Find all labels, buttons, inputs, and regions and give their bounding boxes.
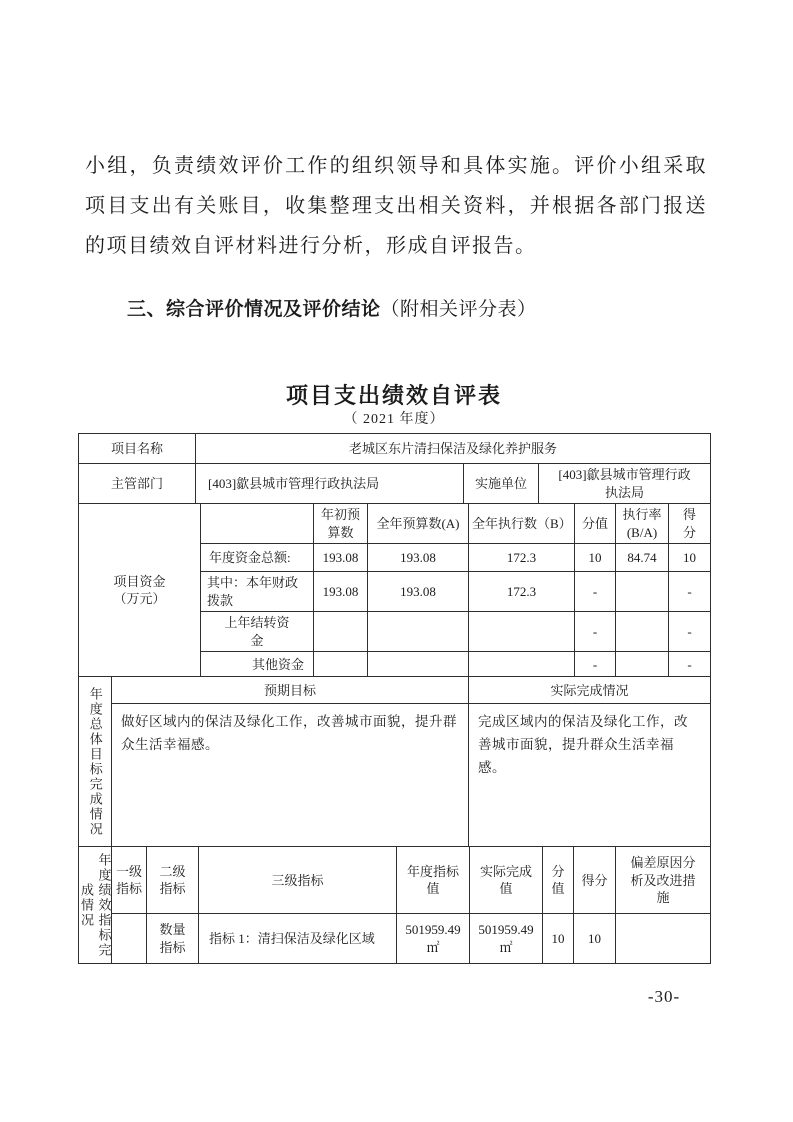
value-cell [616, 652, 669, 677]
budget-total-header-cell: 全年预算数(A) [368, 504, 469, 544]
table-row: 项目资金 （万元） 年初预 算数 全年预算数(A) 全年执行数（B） 分值 执行… [79, 504, 711, 544]
deviation-note-cell [616, 914, 711, 964]
annual-goal-side-label-cell: 年度总体目标完成情况 [79, 677, 112, 847]
annual-goal-side-label: 年度总体目标完成情况 [88, 687, 103, 837]
project-name-value-cell: 老城区东片清扫保洁及绿化养护服务 [196, 434, 711, 464]
actual-value-cell: 501959.49 ㎡ [470, 914, 543, 964]
value-cell: - [669, 612, 711, 652]
value-cell: 193.08 [314, 544, 368, 572]
table-row: 主管部门 [403]歙县城市管理行政执法局 实施单位 [403]歙县城市管理行政… [79, 464, 711, 504]
weight-header-cell: 分值 [575, 504, 616, 544]
table-row: 数量 指标 指标 1：清扫保洁及绿化区域 501959.49 ㎡ 501959.… [79, 914, 711, 964]
table-row: 项目名称 老城区东片清扫保洁及绿化养护服务 [79, 434, 711, 464]
value-cell: - [669, 652, 711, 677]
indicators-side-label-col1: 年度绩效指标完 [97, 853, 112, 958]
page-number: -30- [634, 987, 694, 1007]
actual-completion-header-cell: 实际完成情况 [469, 677, 711, 704]
value-cell: 172.3 [469, 572, 575, 612]
table-row: 年度总体目标完成情况 预期目标 实际完成情况 [79, 677, 711, 704]
actual-value-header-cell: 实际完成 值 [470, 847, 543, 914]
dept-value-cell: [403]歙县城市管理行政执法局 [196, 464, 464, 504]
dept-label-cell: 主管部门 [79, 464, 196, 504]
value-cell [616, 612, 669, 652]
annual-total-label-cell: 年度资金总额: [201, 544, 314, 572]
table-row: 做好区域内的保洁及绿化工作，改善城市面貌，提升群众生活幸福感。 完成区域内的保洁… [79, 704, 711, 847]
value-cell [368, 652, 469, 677]
level2-value-cell: 数量 指标 [147, 914, 199, 964]
level1-header-cell: 一级 指标 [112, 847, 147, 914]
indicators-side-label-cell: 年度绩效指标完成情况 [79, 847, 112, 964]
target-value-cell: 501959.49 ㎡ [397, 914, 470, 964]
value-cell: - [575, 612, 616, 652]
funding-table: 项目资金 （万元） 年初预 算数 全年预算数(A) 全年执行数（B） 分值 执行… [78, 503, 711, 677]
annual-target-header-cell: 年度指标 值 [397, 847, 470, 914]
value-cell [469, 612, 575, 652]
value-cell: - [575, 652, 616, 677]
table-title: 项目支出绩效自评表 [78, 379, 710, 410]
section-heading-suffix: （附相关评分表） [381, 299, 537, 320]
value-cell [469, 652, 575, 677]
value-cell: 84.74 [616, 544, 669, 572]
score-value-cell: 10 [574, 914, 616, 964]
score-header-cell: 得 分 [669, 504, 711, 544]
expected-goal-header-cell: 预期目标 [112, 677, 469, 704]
section-heading-main: 三、综合评价情况及评价结论 [127, 299, 381, 320]
value-cell: 172.3 [469, 544, 575, 572]
value-cell [616, 572, 669, 612]
level1-value-cell [112, 914, 147, 964]
table-subtitle: （ 2021 年度） [78, 408, 710, 428]
value-cell: 10 [575, 544, 616, 572]
value-cell: 193.08 [368, 572, 469, 612]
weight-header-cell: 分 值 [543, 847, 574, 914]
funding-empty-header-cell [201, 504, 314, 544]
value-cell: 10 [669, 544, 711, 572]
carryover-label-cell: 上年结转资 金 [201, 612, 314, 652]
weight-value-cell: 10 [543, 914, 574, 964]
basic-info-table: 项目名称 老城区东片清扫保洁及绿化养护服务 主管部门 [403]歙县城市管理行政… [78, 433, 711, 504]
other-funds-label-cell: 其他资金 [201, 652, 314, 677]
current-year-appropriation-label-cell: 其中：本年财政 拨款 [201, 572, 314, 612]
document-page: 小组，负责绩效评价工作的组织领导和具体实施。评价小组采取项目支出有关账目，收集整… [0, 0, 793, 1122]
value-cell [314, 612, 368, 652]
section-heading: 三、综合评价情况及评价结论（附相关评分表） [85, 294, 767, 321]
expected-goal-cell: 做好区域内的保洁及绿化工作，改善城市面貌，提升群众生活幸福感。 [112, 704, 469, 847]
score-header-cell: 得分 [574, 847, 616, 914]
table-row: 年度绩效指标完成情况 一级 指标 二级 指标 三级指标 年度指标 值 实际完成 … [79, 847, 711, 914]
value-cell [368, 612, 469, 652]
impl-unit-value-cell: [403]歙县城市管理行政 执法局 [539, 464, 711, 504]
value-cell [314, 652, 368, 677]
deviation-header-cell: 偏差原因分 析及改进措 施 [616, 847, 711, 914]
self-eval-table: 项目名称 老城区东片清扫保洁及绿化养护服务 主管部门 [403]歙县城市管理行政… [78, 433, 710, 964]
budget-initial-header-cell: 年初预 算数 [314, 504, 368, 544]
value-cell: - [669, 572, 711, 612]
level3-header-cell: 三级指标 [199, 847, 397, 914]
indicators-side-label-col2: 成情况 [79, 883, 94, 928]
value-cell: - [575, 572, 616, 612]
value-cell: 193.08 [368, 544, 469, 572]
project-name-label-cell: 项目名称 [79, 434, 196, 464]
actual-completion-cell: 完成区域内的保洁及绿化工作，改善城市面貌，提升群众生活幸福感。 [469, 704, 711, 847]
impl-unit-label-cell: 实施单位 [464, 464, 539, 504]
indicators-table: 年度绩效指标完成情况 一级 指标 二级 指标 三级指标 年度指标 值 实际完成 … [78, 846, 711, 964]
funding-side-label-cell: 项目资金 （万元） [79, 504, 201, 677]
annual-goal-table: 年度总体目标完成情况 预期目标 实际完成情况 做好区域内的保洁及绿化工作，改善城… [78, 676, 711, 847]
intro-paragraph: 小组，负责绩效评价工作的组织领导和具体实施。评价小组采取项目支出有关账目，收集整… [85, 146, 707, 266]
level2-header-cell: 二级 指标 [147, 847, 199, 914]
value-cell: 193.08 [314, 572, 368, 612]
exec-rate-header-cell: 执行率 (B/A) [616, 504, 669, 544]
executed-header-cell: 全年执行数（B） [469, 504, 575, 544]
level3-value-cell: 指标 1：清扫保洁及绿化区域 [199, 914, 397, 964]
